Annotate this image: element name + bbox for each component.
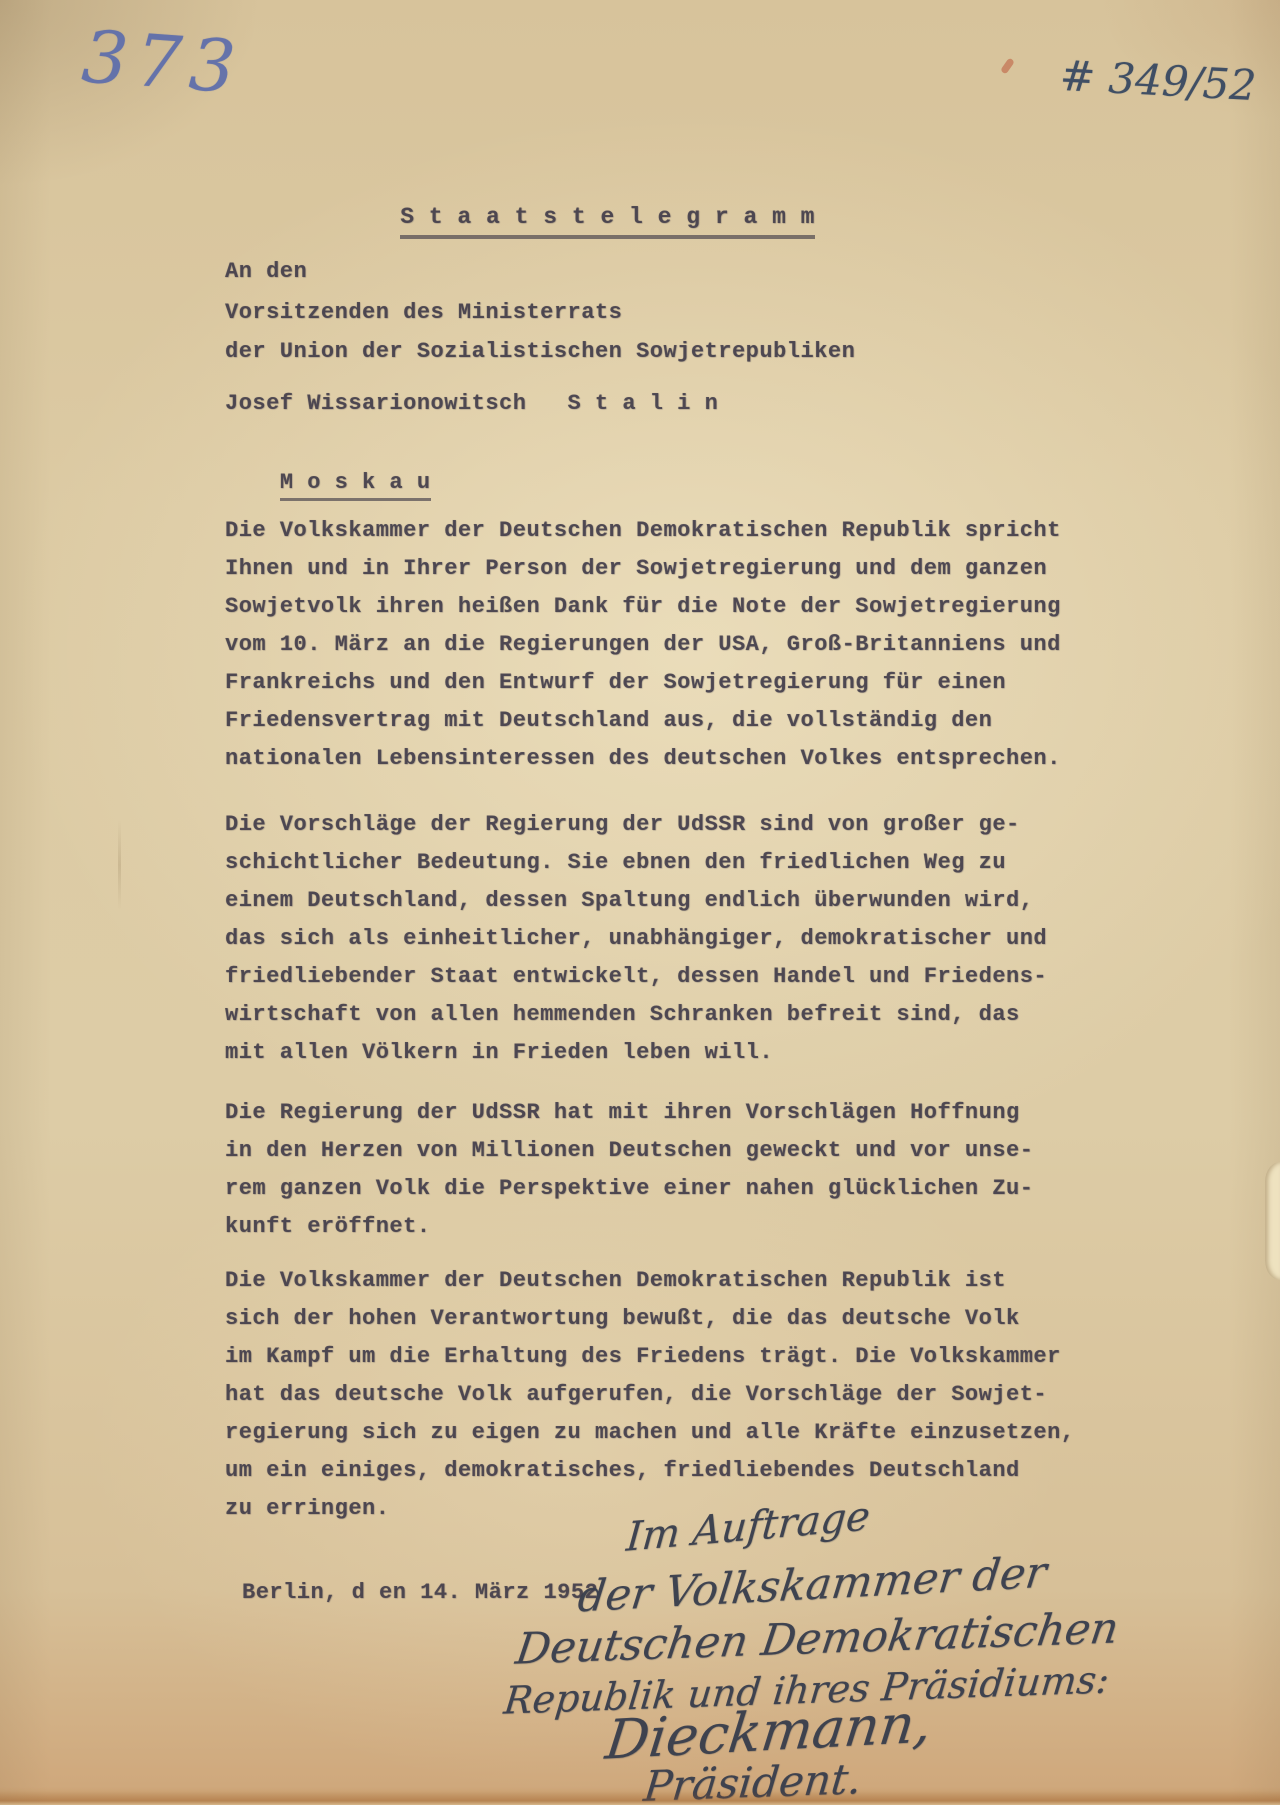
body-paragraph-3: Die Regierung der UdSSR hat mit ihren Vo… bbox=[225, 1094, 1125, 1246]
address-city-text: M o s k a u bbox=[280, 470, 431, 501]
torn-edge-mark bbox=[1265, 1162, 1280, 1280]
paper-crease-mark bbox=[118, 820, 121, 910]
handwritten-file-number: # 349/52 bbox=[1059, 51, 1258, 110]
body-paragraph-4: Die Volkskammer der Deutschen Demokratis… bbox=[225, 1262, 1125, 1528]
address-salutation: An den bbox=[225, 259, 307, 284]
scanned-telegram-page: 373 # 349/52 S t a a t s t e l e g r a m… bbox=[0, 0, 1280, 1805]
body-paragraph-1: Die Volkskammer der Deutschen Demokratis… bbox=[225, 512, 1125, 778]
document-title: S t a a t s t e l e g r a m m bbox=[343, 178, 815, 265]
body-paragraph-2: Die Vorschläge der Regierung der UdSSR s… bbox=[225, 806, 1125, 1072]
red-fleck-mark bbox=[1000, 57, 1015, 74]
handwritten-archive-number: 373 bbox=[79, 14, 246, 109]
address-recipient-title: Vorsitzenden des Ministerrats bbox=[225, 300, 622, 325]
document-title-text: S t a a t s t e l e g r a m m bbox=[400, 204, 815, 239]
address-recipient-name: Josef Wissarionowitsch S t a l i n bbox=[225, 391, 718, 416]
dateline: Berlin, d en 14. März 1952 bbox=[242, 1580, 598, 1605]
address-recipient-org: der Union der Sozialistischen Sowjetrepu… bbox=[225, 339, 855, 364]
bottom-edge-shading bbox=[0, 1791, 1280, 1805]
